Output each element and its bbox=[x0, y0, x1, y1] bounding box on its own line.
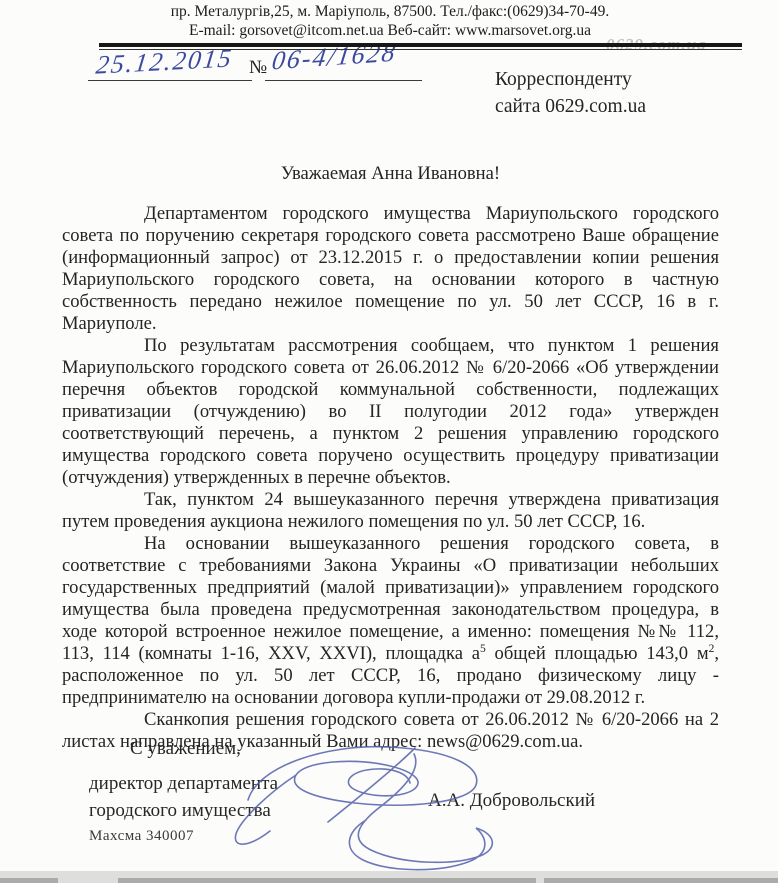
paragraph-3: Так, пунктом 24 вышеуказанного перечня у… bbox=[62, 489, 719, 533]
recipient-line2: сайта 0629.com.ua bbox=[495, 93, 715, 120]
paragraph-2: По результатам рассмотрения сообщаем, чт… bbox=[62, 335, 719, 489]
p4-text-segment-2: общей площадью 143,0 м bbox=[486, 643, 709, 664]
recipient-block: Корреспонденту сайта 0629.com.ua bbox=[495, 66, 715, 120]
closing-regards: С уважением, bbox=[130, 738, 241, 760]
number-underline bbox=[265, 80, 422, 81]
scan-edge-segment bbox=[544, 878, 778, 883]
number-sign-label: № bbox=[249, 57, 267, 79]
executor-footer-note: Махсма 340007 bbox=[89, 828, 194, 845]
paragraph-1: Департаментом городского имущества Мариу… bbox=[62, 203, 719, 335]
letterhead-address-line: пр. Металургів,25, м. Маріуполь, 87500. … bbox=[60, 2, 720, 21]
handwritten-date: 25.12.2015 bbox=[94, 45, 234, 78]
signature-ink bbox=[228, 710, 523, 880]
letter-body: Уважаемая Анна Ивановна! Департаментом г… bbox=[62, 163, 719, 753]
scanned-letter-page: пр. Металургів,25, м. Маріуполь, 87500. … bbox=[0, 0, 778, 883]
date-underline bbox=[88, 80, 252, 81]
paragraph-4: На основании вышеуказанного решения горо… bbox=[62, 533, 719, 709]
recipient-line1: Корреспонденту bbox=[495, 66, 715, 93]
scan-edge-segment bbox=[0, 878, 58, 883]
salutation: Уважаемая Анна Ивановна! bbox=[62, 163, 719, 185]
letterhead-divider-rule bbox=[99, 43, 742, 50]
